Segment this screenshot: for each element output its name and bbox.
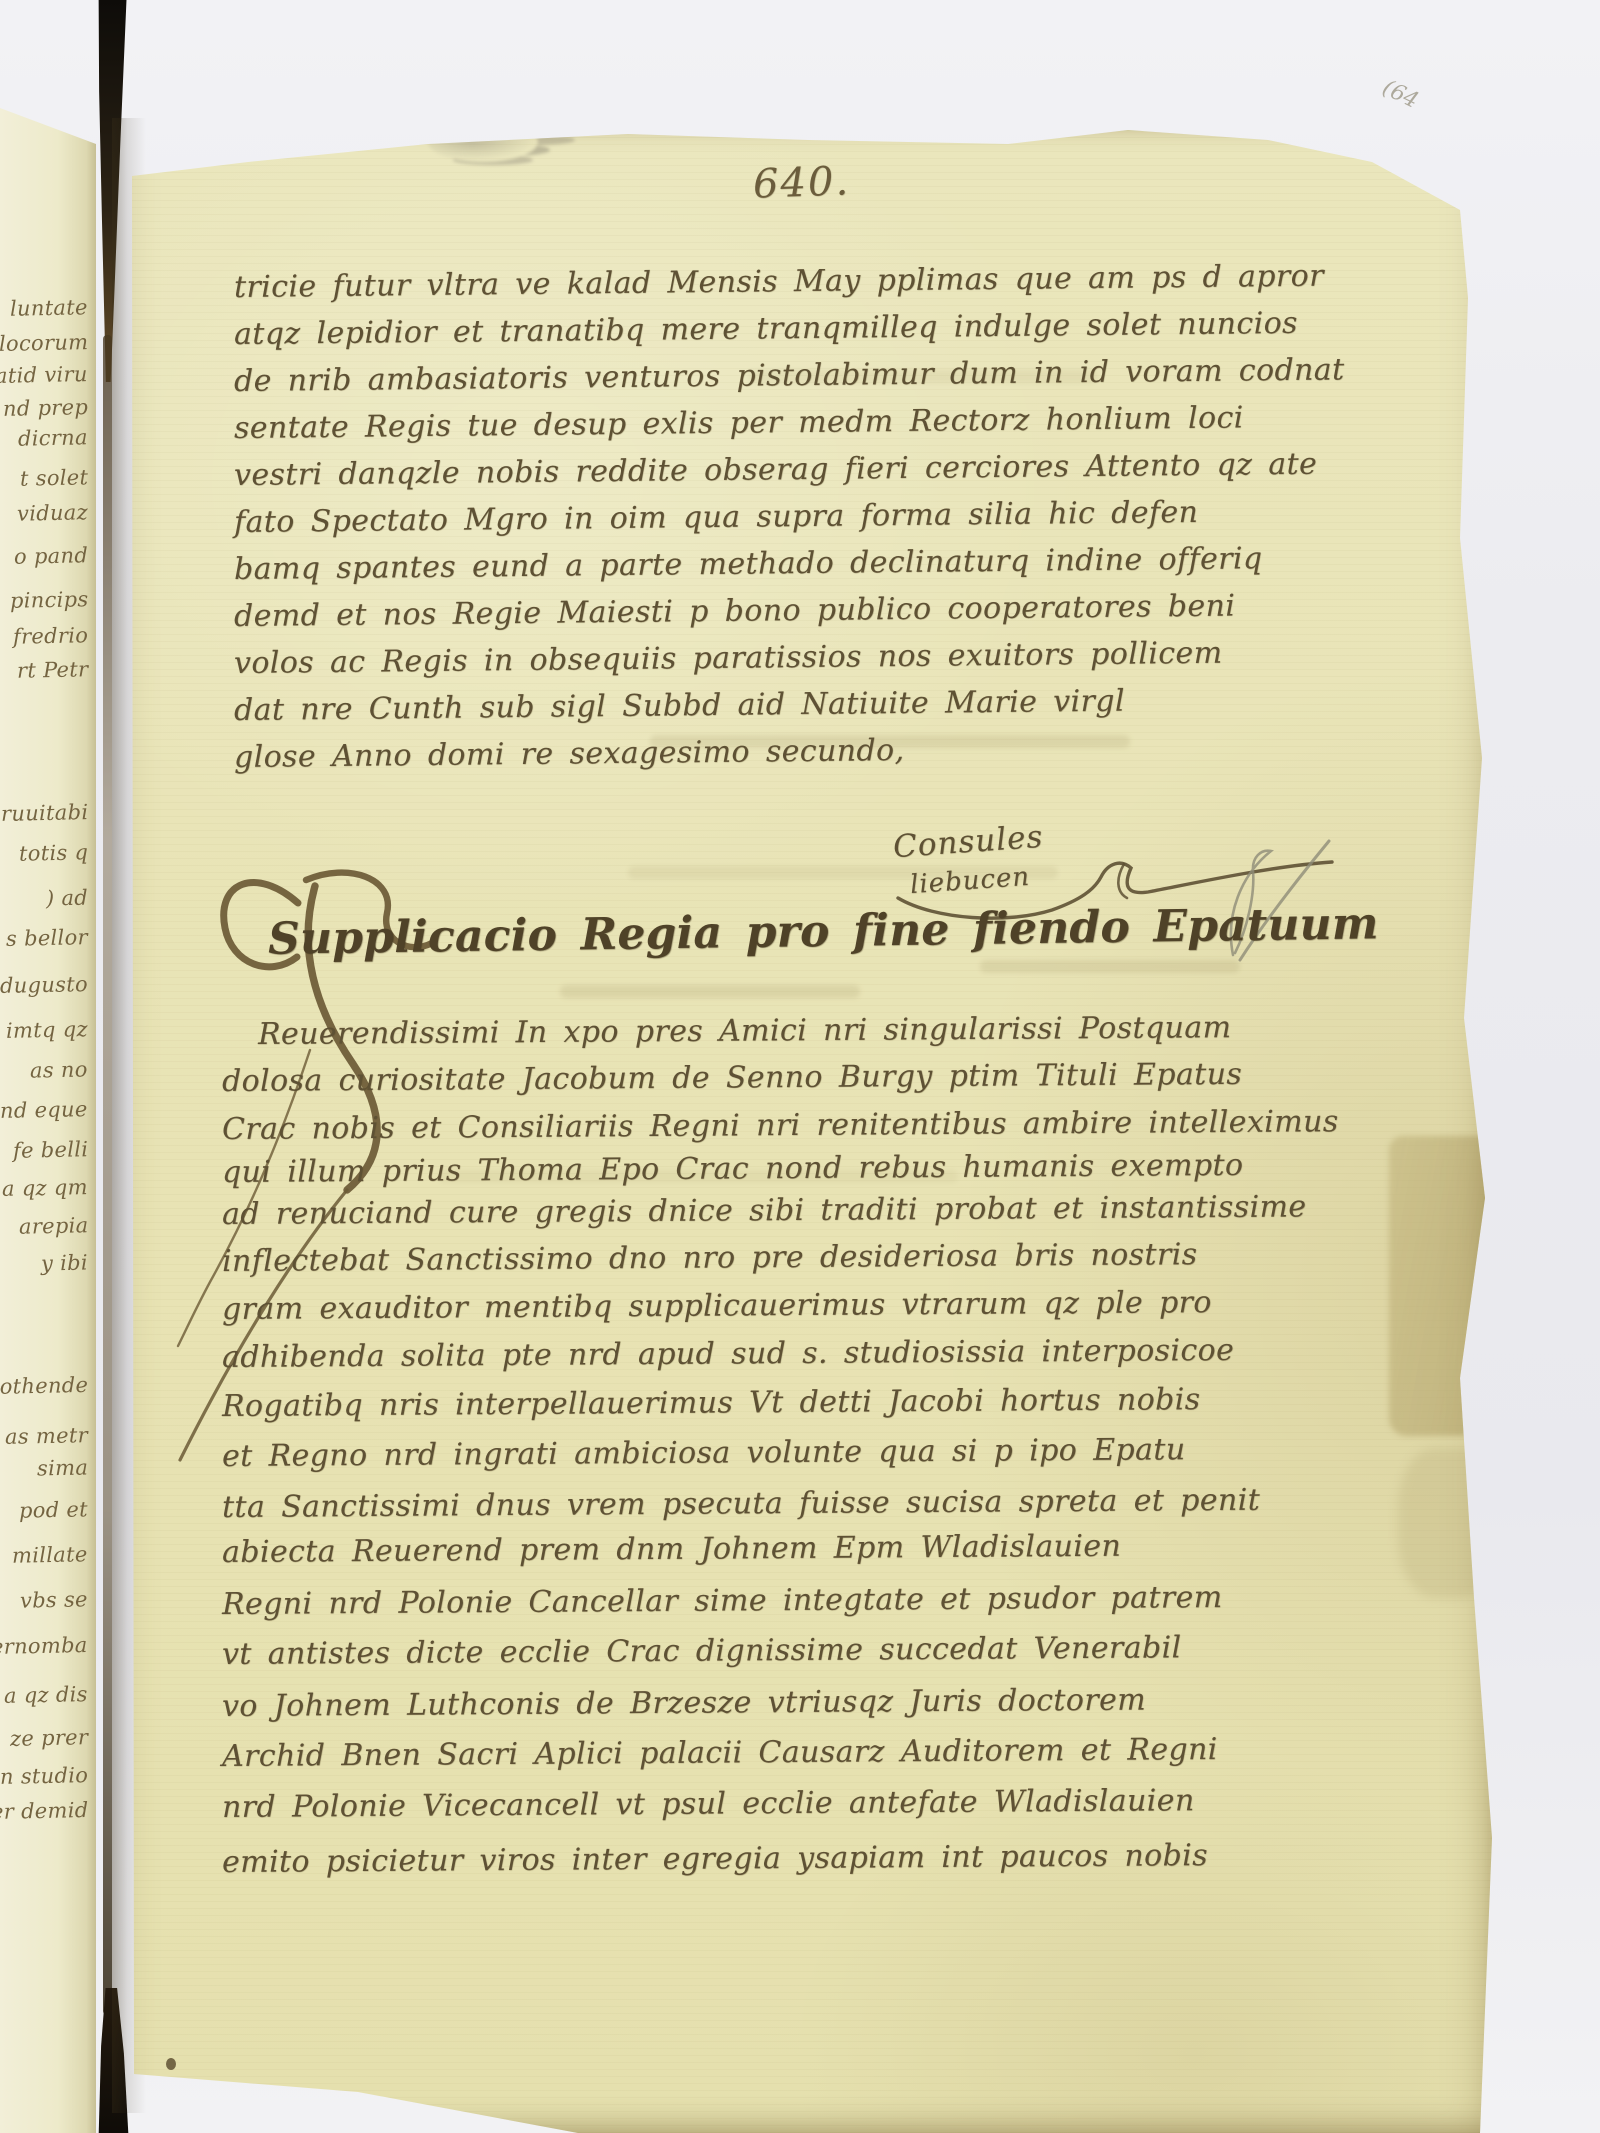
manuscript-page: 640. tricie futur vltra ve kalad Mensis …	[108, 118, 1500, 2133]
margin-fragment: nd eque	[0, 1097, 88, 1123]
text-line: fato Spectato Mgro in oim qua supra form…	[234, 496, 1199, 539]
margin-fragment: viduaz	[17, 500, 88, 525]
text-line: glose Anno domi re sexagesimo secundo,	[234, 734, 905, 774]
text-line: vestri danqzle nobis reddite obserag fie…	[234, 448, 1317, 492]
text-line: vt antistes dicte ecclie Crac dignissime…	[222, 1631, 1182, 1671]
ink-fleck	[166, 2058, 176, 2070]
margin-fragment: vbs se	[20, 1587, 88, 1612]
margin-fragment: atid viru	[0, 362, 88, 388]
text-line: volos ac Regis in obsequiis paratissios …	[234, 637, 1223, 680]
text-line: inflectebat Sanctissimo dno nro pre desi…	[222, 1238, 1198, 1278]
margin-fragment: sima	[37, 1455, 89, 1480]
margin-fragment: rt Petr	[16, 657, 88, 682]
text-line: abiecta Reuerend prem dnm Johnem Epm Wla…	[222, 1530, 1121, 1569]
margin-fragment: e othende	[0, 1373, 88, 1399]
text-line: adhibenda solita pte nrd apud sud s. stu…	[222, 1334, 1234, 1374]
text-line: bamq spantes eund a parte methado declin…	[234, 542, 1263, 586]
text-line: demd et nos Regie Maiesti p bono publico…	[234, 590, 1236, 633]
margin-fragment: ruuitabi	[0, 800, 88, 826]
text-line: atqz lepidior et tranatibq mere tranqmil…	[234, 307, 1298, 351]
margin-fragment: locorum	[0, 330, 88, 356]
margin-fragment: imtq qz	[6, 1017, 88, 1043]
margin-fragment: ) ad	[46, 886, 89, 911]
text-line: gram exauditor mentibq supplicauerimus v…	[222, 1286, 1212, 1326]
manuscript-photo: luntate locorum atid viru nd prep dicrna…	[0, 0, 1600, 2133]
margin-fragment: luntate	[10, 295, 88, 321]
margin-fragment: as no	[30, 1057, 88, 1082]
text-line: Crac nobis et Consiliariis Regni nri ren…	[222, 1105, 1339, 1146]
text-line: Regni nrd Polonie Cancellar sime integta…	[222, 1581, 1223, 1621]
text-line: et Regno nrd ingrati ambiciosa volunte q…	[222, 1433, 1186, 1473]
margin-fragment: arepia	[18, 1213, 88, 1238]
text-line: emito psicietur viros inter egregia ysap…	[222, 1839, 1208, 1879]
text-line: Reuerendissimi In xpo pres Amici nri sin…	[258, 1011, 1232, 1051]
margin-fragment: a qz qm	[2, 1175, 88, 1201]
text-line: qui illum prius Thoma Epo Crac nond rebu…	[222, 1149, 1244, 1189]
margin-fragment: pod et	[19, 1497, 88, 1522]
margin-fragment: y ibi	[41, 1251, 88, 1276]
text-line: nrd Polonie Vicecancell vt psul ecclie a…	[222, 1784, 1195, 1824]
margin-fragment: pincips	[9, 587, 88, 613]
margin-fragment: dicrna	[18, 425, 88, 450]
folio-number: 640.	[752, 158, 851, 207]
margin-fragment: as metr	[5, 1423, 88, 1449]
binding-gutter-line	[103, 335, 112, 2015]
margin-fragment: nd prep	[3, 395, 89, 421]
margin-fragment: millate	[12, 1542, 88, 1568]
margin-fragment: ernomba	[0, 1633, 88, 1659]
text-line: tta Sanctissimi dnus vrem psecuta fuisse…	[222, 1484, 1260, 1524]
text-line: tricie futur vltra ve kalad Mensis May p…	[234, 260, 1324, 304]
text-line: sentate Regis tue desup exlis per medm R…	[234, 401, 1244, 445]
stain-patch	[1389, 1136, 1493, 1436]
margin-fragment: er demid	[0, 1798, 88, 1824]
stain-patch	[1398, 1448, 1490, 1598]
text-line: dolosa curiositate Jacobum de Senno Burg…	[222, 1058, 1242, 1098]
text-line: de nrib ambasiatoris venturos pistolabim…	[234, 353, 1345, 398]
bleedthrough-ghost	[560, 985, 860, 998]
dirt-smudge	[428, 122, 538, 162]
text-line: vo Johnem Luthconis de Brzesze vtriusqz …	[222, 1684, 1146, 1723]
margin-fragment: a qz dis	[4, 1682, 88, 1708]
facing-page-edge: luntate locorum atid viru nd prep dicrna…	[0, 0, 96, 2133]
margin-fragment: totis q	[19, 840, 89, 865]
corner-pencil-note: (64	[1378, 75, 1422, 114]
margin-fragment: fe belli	[12, 1137, 88, 1163]
margin-fragment: fredrio	[13, 623, 89, 649]
margin-fragment: ze prer	[10, 1725, 89, 1751]
text-line: dat nre Cunth sub sigl Subbd aid Natiuit…	[234, 685, 1125, 727]
margin-fragment: o pand	[14, 543, 89, 569]
text-line: Archid Bnen Sacri Aplici palacii Causarz…	[222, 1733, 1218, 1773]
margin-fragment: n studio	[0, 1763, 88, 1789]
text-line: ad renuciand cure gregis dnice sibi trad…	[222, 1190, 1307, 1231]
margin-fragment: t solet	[20, 465, 89, 490]
text-line: Rogatibq nris interpellauerimus Vt detti…	[222, 1383, 1201, 1423]
margin-fragment: dugusto	[0, 972, 88, 998]
margin-fragment: s bellor	[6, 925, 88, 951]
